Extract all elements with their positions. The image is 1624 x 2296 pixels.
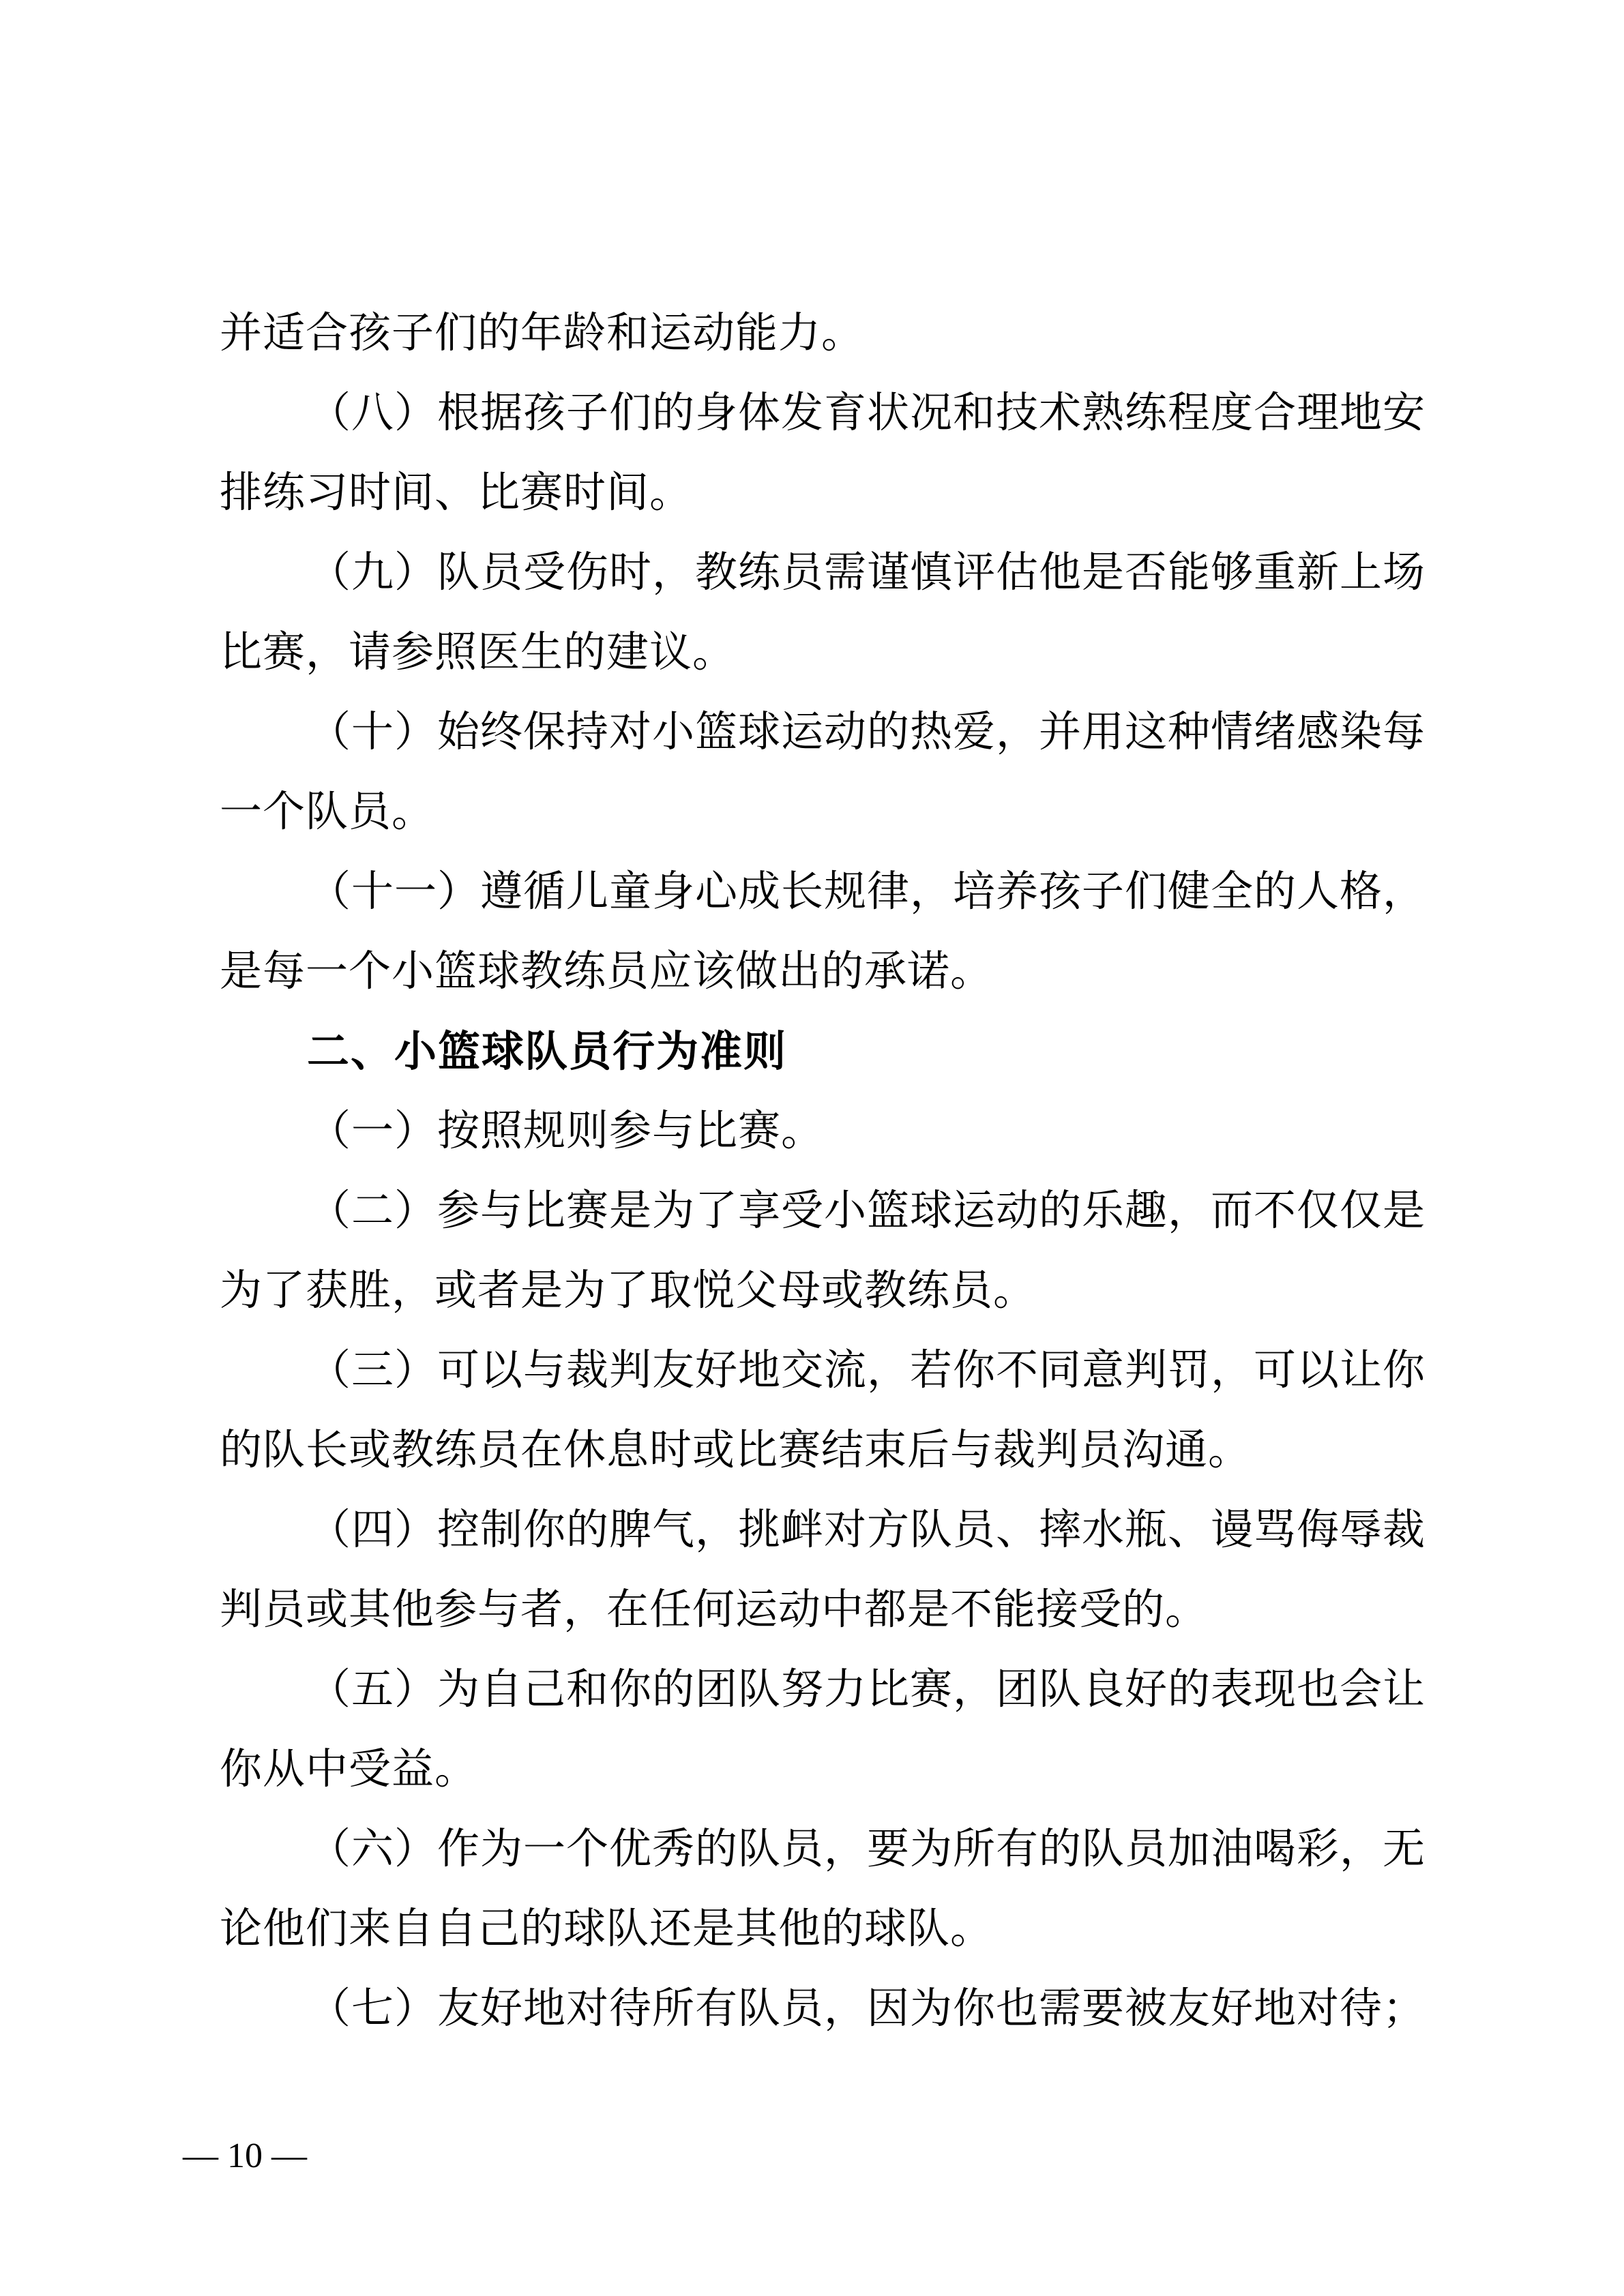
text-line: （七）友好地对待所有队员，因为你也需要被友好地对待； [220,1969,1543,2049]
text-line: （十一）遵循儿童身心成长规律，培养孩子们健全的人格， [220,852,1543,932]
text-line: （八）根据孩子们的身体发育状况和技术熟练程度合理地安 [220,374,1543,453]
text-line: （十）始终保持对小篮球运动的热爱，并用这种情绪感染每 [220,693,1543,773]
text-line: （二）参与比赛是为了享受小篮球运动的乐趣，而不仅仅是 [220,1172,1543,1251]
page-number: — 10 — [183,2129,307,2183]
text-line: 你从中受益。 [220,1730,1543,1810]
text-line: （四）控制你的脾气，挑衅对方队员、摔水瓶、谩骂侮辱裁 [220,1491,1543,1570]
text-line: （五）为自己和你的团队努力比赛，团队良好的表现也会让 [220,1650,1543,1730]
text-line: （一）按照规则参与比赛。 [220,1092,1543,1172]
text-line: 为了获胜，或者是为了取悦父母或教练员。 [220,1251,1543,1331]
text-line: （九）队员受伤时，教练员需谨慎评估他是否能够重新上场 [220,533,1543,613]
text-line: 排练习时间、比赛时间。 [220,453,1543,533]
text-line: 比赛，请参照医生的建议。 [220,613,1543,693]
text-line: （三）可以与裁判友好地交流，若你不同意判罚，可以让你 [220,1331,1543,1411]
text-line: 是每一个小篮球教练员应该做出的承诺。 [220,932,1543,1012]
text-line: 并适合孩子们的年龄和运动能力。 [220,294,1543,374]
text-line: 判员或其他参与者，在任何运动中都是不能接受的。 [220,1570,1543,1650]
section-heading: 二、小篮球队员行为准则 [220,1012,1543,1092]
document-body: 并适合孩子们的年龄和运动能力。（八）根据孩子们的身体发育状况和技术熟练程度合理地… [220,294,1543,2049]
text-line: 的队长或教练员在休息时或比赛结束后与裁判员沟通。 [220,1411,1543,1491]
text-line: （六）作为一个优秀的队员，要为所有的队员加油喝彩，无 [220,1810,1543,1890]
document-page: 并适合孩子们的年龄和运动能力。（八）根据孩子们的身体发育状况和技术熟练程度合理地… [0,0,1624,2296]
text-line: 论他们来自自己的球队还是其他的球队。 [220,1890,1543,1969]
text-line: 一个队员。 [220,773,1543,852]
